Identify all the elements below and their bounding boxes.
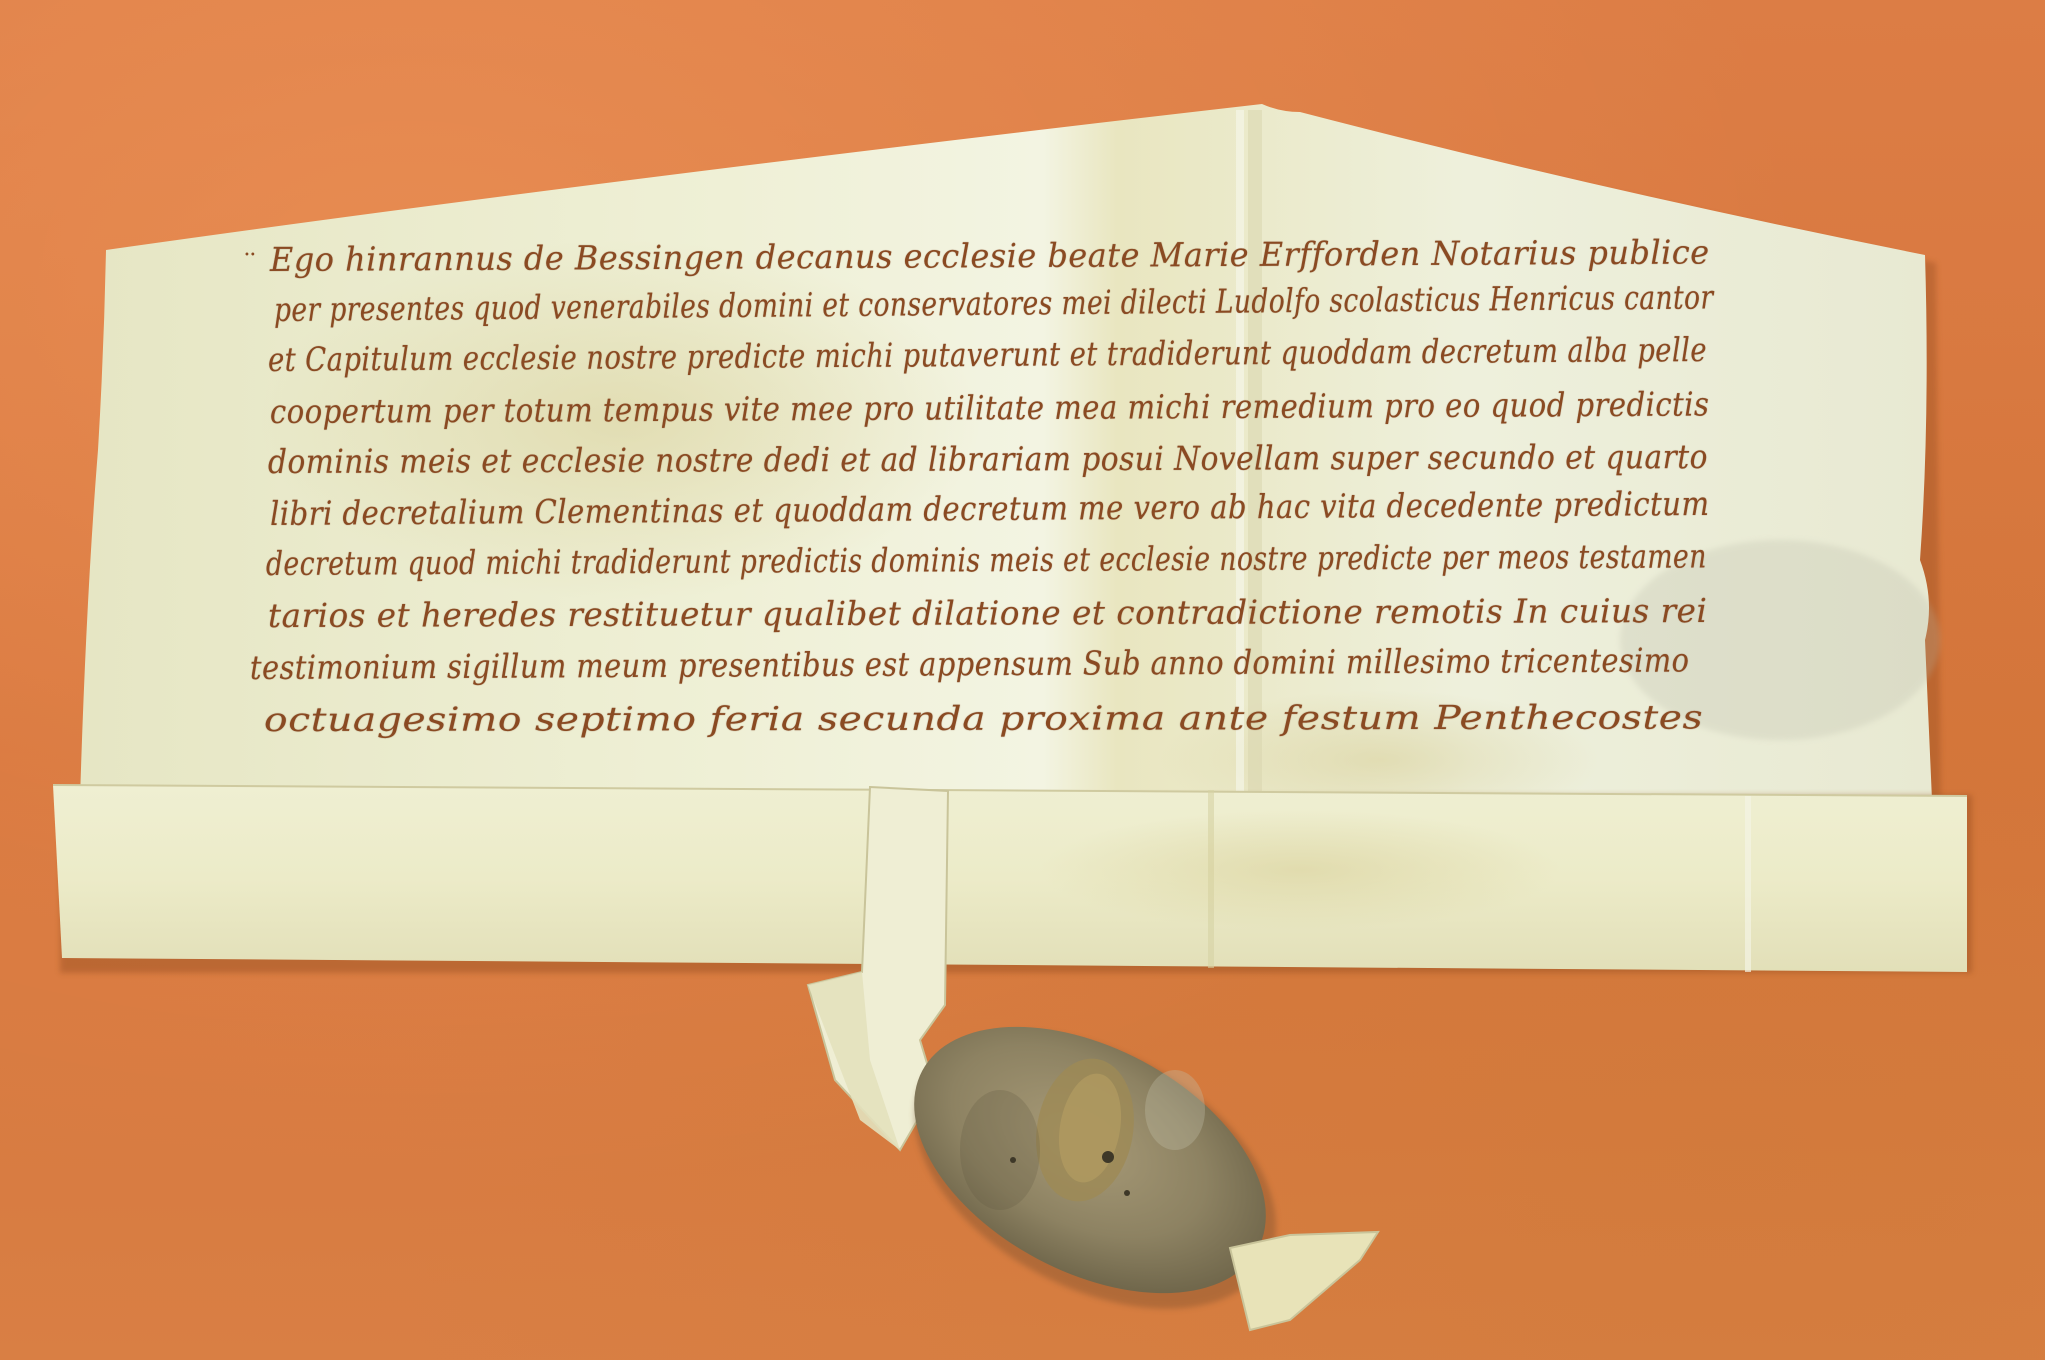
text-line-5: dominis meis et ecclesie nostre dedi et …: [268, 437, 1708, 481]
opening-mark: ••: [244, 250, 256, 261]
text-line-9: testimonium sigillum meum presentibus es…: [250, 640, 1690, 687]
text-line-10: octuagesimo septimo feria secunda proxim…: [264, 697, 1703, 739]
text-line-1: Ego hinrannus de Bessingen decanus eccle…: [270, 232, 1710, 279]
charter-photograph: •• Ego hinrannus de Bessingen decanus ec…: [0, 0, 2045, 1360]
text-line-8: tarios et heredes restituetur qualibet d…: [268, 591, 1707, 635]
text-line-4: coopertum per totum tempus vite mee pro …: [270, 384, 1710, 431]
text-line-7: decretum quod michi tradiderunt predicti…: [266, 536, 1707, 583]
plica-fold: [53, 785, 1967, 972]
